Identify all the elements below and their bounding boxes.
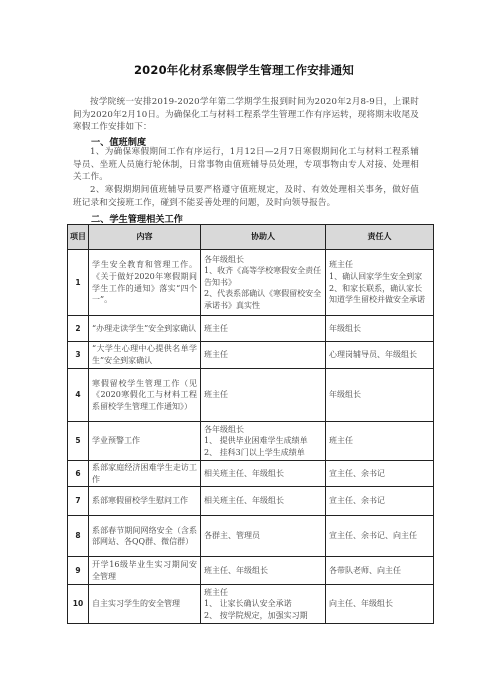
header-item: 项目	[68, 225, 89, 250]
row-assistant: 班主任 1、 让家长确认安全承诺 2、 按学院规定，加强实习期	[201, 585, 326, 624]
table-row: 7 系部寒假留校学生慰问工作 相关班主任、年级组长 宣主任、余书记	[68, 487, 434, 516]
row-assistant: 各年级组长 1、 提供毕业困难学生成绩单 2、 挂科3门以上学生成绩单	[201, 422, 326, 461]
row-assistant: 相关班主任、年级组长	[201, 461, 326, 487]
row-content: 学业预警工作	[89, 422, 201, 461]
duty-paragraph-2: 2、寒假期期间值班辅导员要严格遵守值班规定，及时、有效处理相关事务，做好值班记录…	[73, 184, 419, 209]
row-number: 10	[68, 585, 89, 624]
assistant-line: 2、 挂科3门以上学生成绩单	[204, 447, 322, 459]
row-number: 9	[68, 557, 89, 585]
assistant-line: 1、 提供毕业困难学生成绩单	[204, 435, 322, 447]
table-header-row: 项目 内容 协助人 责任人	[68, 225, 434, 250]
table-row: 1 学生安全教育和管理工作。《关于做好2020年寒假期间学生工作的通知》落实“四…	[68, 250, 434, 316]
row-responsible: 班主任 1、确认回家学生安全到家 2、和家长联系，确认家长知道学生留校并做安全承…	[326, 250, 434, 316]
assistant-line: 1、 让家长确认安全承诺	[204, 598, 322, 610]
header-content: 内容	[89, 225, 201, 250]
row-number: 3	[68, 342, 89, 369]
row-number: 7	[68, 487, 89, 516]
table-row: 3 “大学生心理中心提供名单学生”安全到家确认 班主任 心理岗辅导员、年级组长	[68, 342, 434, 369]
table-row: 10 自主实习学生的安全管理 班主任 1、 让家长确认安全承诺 2、 按学院规定…	[68, 585, 434, 624]
row-responsible: 班主任	[326, 422, 434, 461]
table-row: 5 学业预警工作 各年级组长 1、 提供毕业困难学生成绩单 2、 挂科3门以上学…	[68, 422, 434, 461]
responsible-line: 2、和家长联系，确认家长知道学生留校并做安全承诺	[329, 283, 430, 306]
responsible-line: 班主任	[329, 259, 430, 271]
row-content: 系部家庭经济困难学生走访工作	[89, 461, 201, 487]
row-content: 学生安全教育和管理工作。《关于做好2020年寒假期间学生工作的通知》落实“四个一…	[89, 250, 201, 316]
row-assistant: 各群主、管理员	[201, 516, 326, 557]
table-row: 9 开学16级毕业生实习期间安全管理 班主任、年级组长 各带队老师、向主任	[68, 557, 434, 585]
table-row: 2 “办理走读学生”安全到家确认 班主任 年级组长	[68, 316, 434, 342]
section-heading-student-management: 二、学生管理相关工作	[91, 211, 183, 225]
assistant-line: 1、收齐《高等学校寒假安全责任告知书》	[204, 265, 322, 288]
row-responsible: 宣主任、余书记、向主任	[326, 516, 434, 557]
row-number: 6	[68, 461, 89, 487]
row-responsible: 年级组长	[326, 316, 434, 342]
row-assistant: 班主任、年级组长	[201, 557, 326, 585]
row-responsible: 宣主任、余书记	[326, 487, 434, 516]
row-responsible: 心理岗辅导员、年级组长	[326, 342, 434, 369]
row-responsible: 年级组长	[326, 369, 434, 422]
row-content: 系部寒假留校学生慰问工作	[89, 487, 201, 516]
responsible-line: 1、确认回家学生安全到家	[329, 271, 430, 283]
row-content: “办理走读学生”安全到家确认	[89, 316, 201, 342]
row-number: 5	[68, 422, 89, 461]
row-number: 8	[68, 516, 89, 557]
assistant-line: 2、 按学院规定，加强实习期	[204, 610, 322, 622]
row-assistant: 班主任	[201, 316, 326, 342]
row-responsible: 宣主任、余书记	[326, 461, 434, 487]
row-number: 2	[68, 316, 89, 342]
duty-paragraph-1: 1、为确保寒假期间工作有序运行，1月12日—2月7日寒假期间化工与材料工程系辅导…	[73, 146, 419, 184]
row-assistant: 各年级组长 1、收齐《高等学校寒假安全责任告知书》 2、代表系部确认《寒假留校安…	[201, 250, 326, 316]
table-row: 8 系部春节期间网络安全（含系部网站、各QQ群、微信群） 各群主、管理员 宣主任…	[68, 516, 434, 557]
row-responsible: 向主任、年级组长	[326, 585, 434, 624]
row-responsible: 各带队老师、向主任	[326, 557, 434, 585]
row-content: “大学生心理中心提供名单学生”安全到家确认	[89, 342, 201, 369]
assistant-line: 2、代表系部确认《寒假留校安全承诺书》真实性	[204, 288, 322, 311]
assistant-line: 班主任	[204, 587, 322, 599]
row-assistant: 班主任	[201, 342, 326, 369]
row-content: 开学16级毕业生实习期间安全管理	[89, 557, 201, 585]
header-responsible: 责任人	[326, 225, 434, 250]
intro-paragraph: 按学院统一安排2019-2020学年第二学期学生报到时间为2020年2月8-9日…	[73, 96, 419, 134]
table-row: 4 寒假留校学生管理工作（见《2020寒假化工与材料工程系留校学生管理工作通知》…	[68, 369, 434, 422]
row-content: 系部春节期间网络安全（含系部网站、各QQ群、微信群）	[89, 516, 201, 557]
header-assistant: 协助人	[201, 225, 326, 250]
row-number: 1	[68, 250, 89, 316]
document-title: 2020年化材系寒假学生管理工作安排通知	[0, 62, 488, 78]
row-assistant: 相关班主任、年级组长	[201, 487, 326, 516]
assistant-line: 各年级组长	[204, 254, 322, 266]
table-row: 6 系部家庭经济困难学生走访工作 相关班主任、年级组长 宣主任、余书记	[68, 461, 434, 487]
row-content: 自主实习学生的安全管理	[89, 585, 201, 624]
row-content: 寒假留校学生管理工作（见《2020寒假化工与材料工程系留校学生管理工作通知》）	[89, 369, 201, 422]
row-assistant: 班主任	[201, 369, 326, 422]
assistant-line: 各年级组长	[204, 424, 322, 436]
work-arrangement-table: 项目 内容 协助人 责任人 1 学生安全教育和管理工作。《关于做好2020年寒假…	[67, 224, 434, 624]
row-number: 4	[68, 369, 89, 422]
